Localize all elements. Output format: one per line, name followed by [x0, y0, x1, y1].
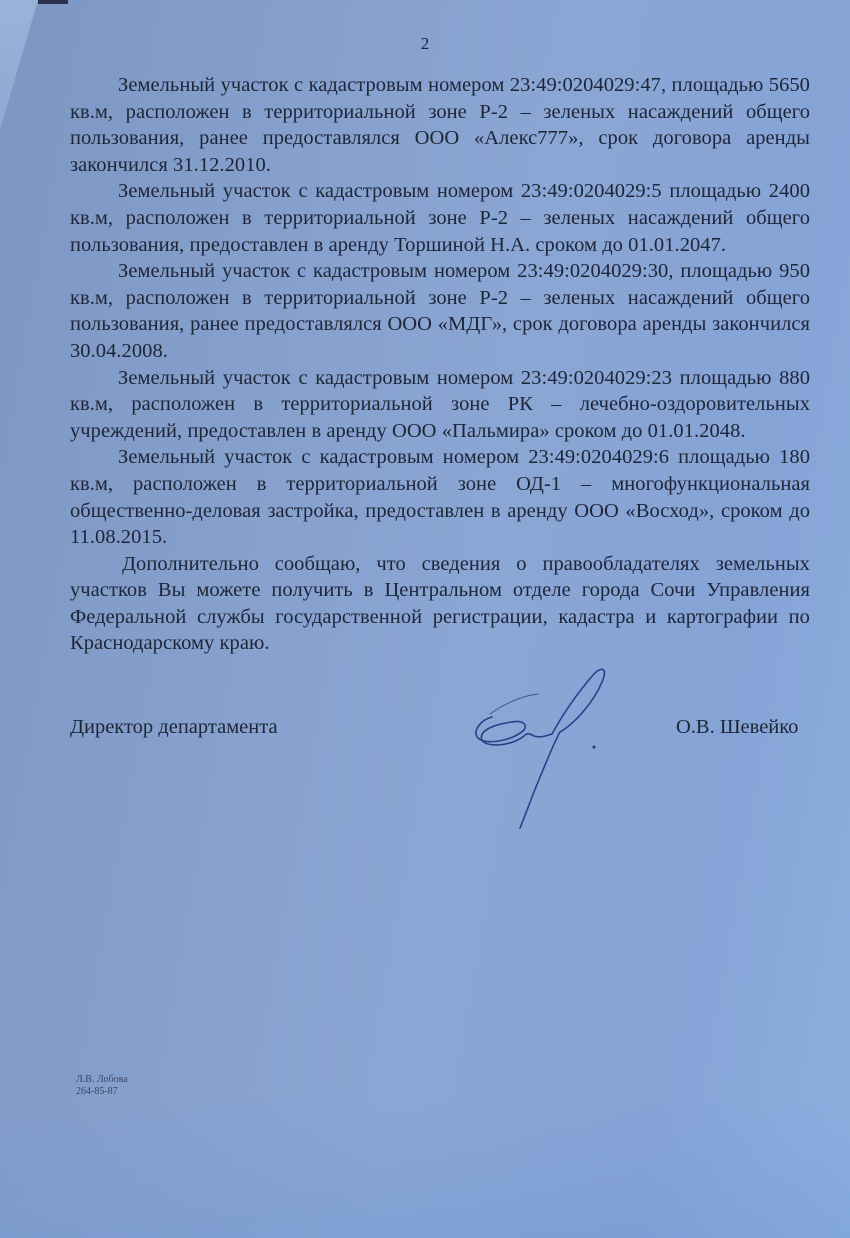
paper-fold-edge: [0, 0, 38, 130]
executor-phone: 264-85-87: [76, 1086, 128, 1098]
paragraph-parcel-47: Земельный участок с кадастровым номером …: [70, 72, 810, 178]
paragraph-parcel-5: Земельный участок с кадастровым номером …: [70, 178, 810, 258]
letter-body: Земельный участок с кадастровым номером …: [70, 72, 810, 657]
paper-shading: [0, 1098, 850, 1238]
paragraph-parcel-23: Земельный участок с кадастровым номером …: [70, 365, 810, 445]
paper-top-shadow: [38, 0, 68, 4]
signer-position: Директор департамента: [70, 716, 278, 739]
page-number: 2: [0, 34, 850, 54]
paragraph-parcel-6: Земельный участок с кадастровым номером …: [70, 444, 810, 550]
handwritten-signature-icon: [462, 662, 622, 832]
signer-name: О.В. Шевейко: [676, 716, 798, 739]
paragraph-parcel-30: Земельный участок с кадастровым номером …: [70, 258, 810, 364]
paragraph-additional-info: Дополнительно сообщаю, что сведения о пр…: [70, 551, 810, 657]
executor-info: Л.В. Лобова 264-85-87: [76, 1074, 128, 1097]
executor-name: Л.В. Лобова: [76, 1074, 128, 1086]
